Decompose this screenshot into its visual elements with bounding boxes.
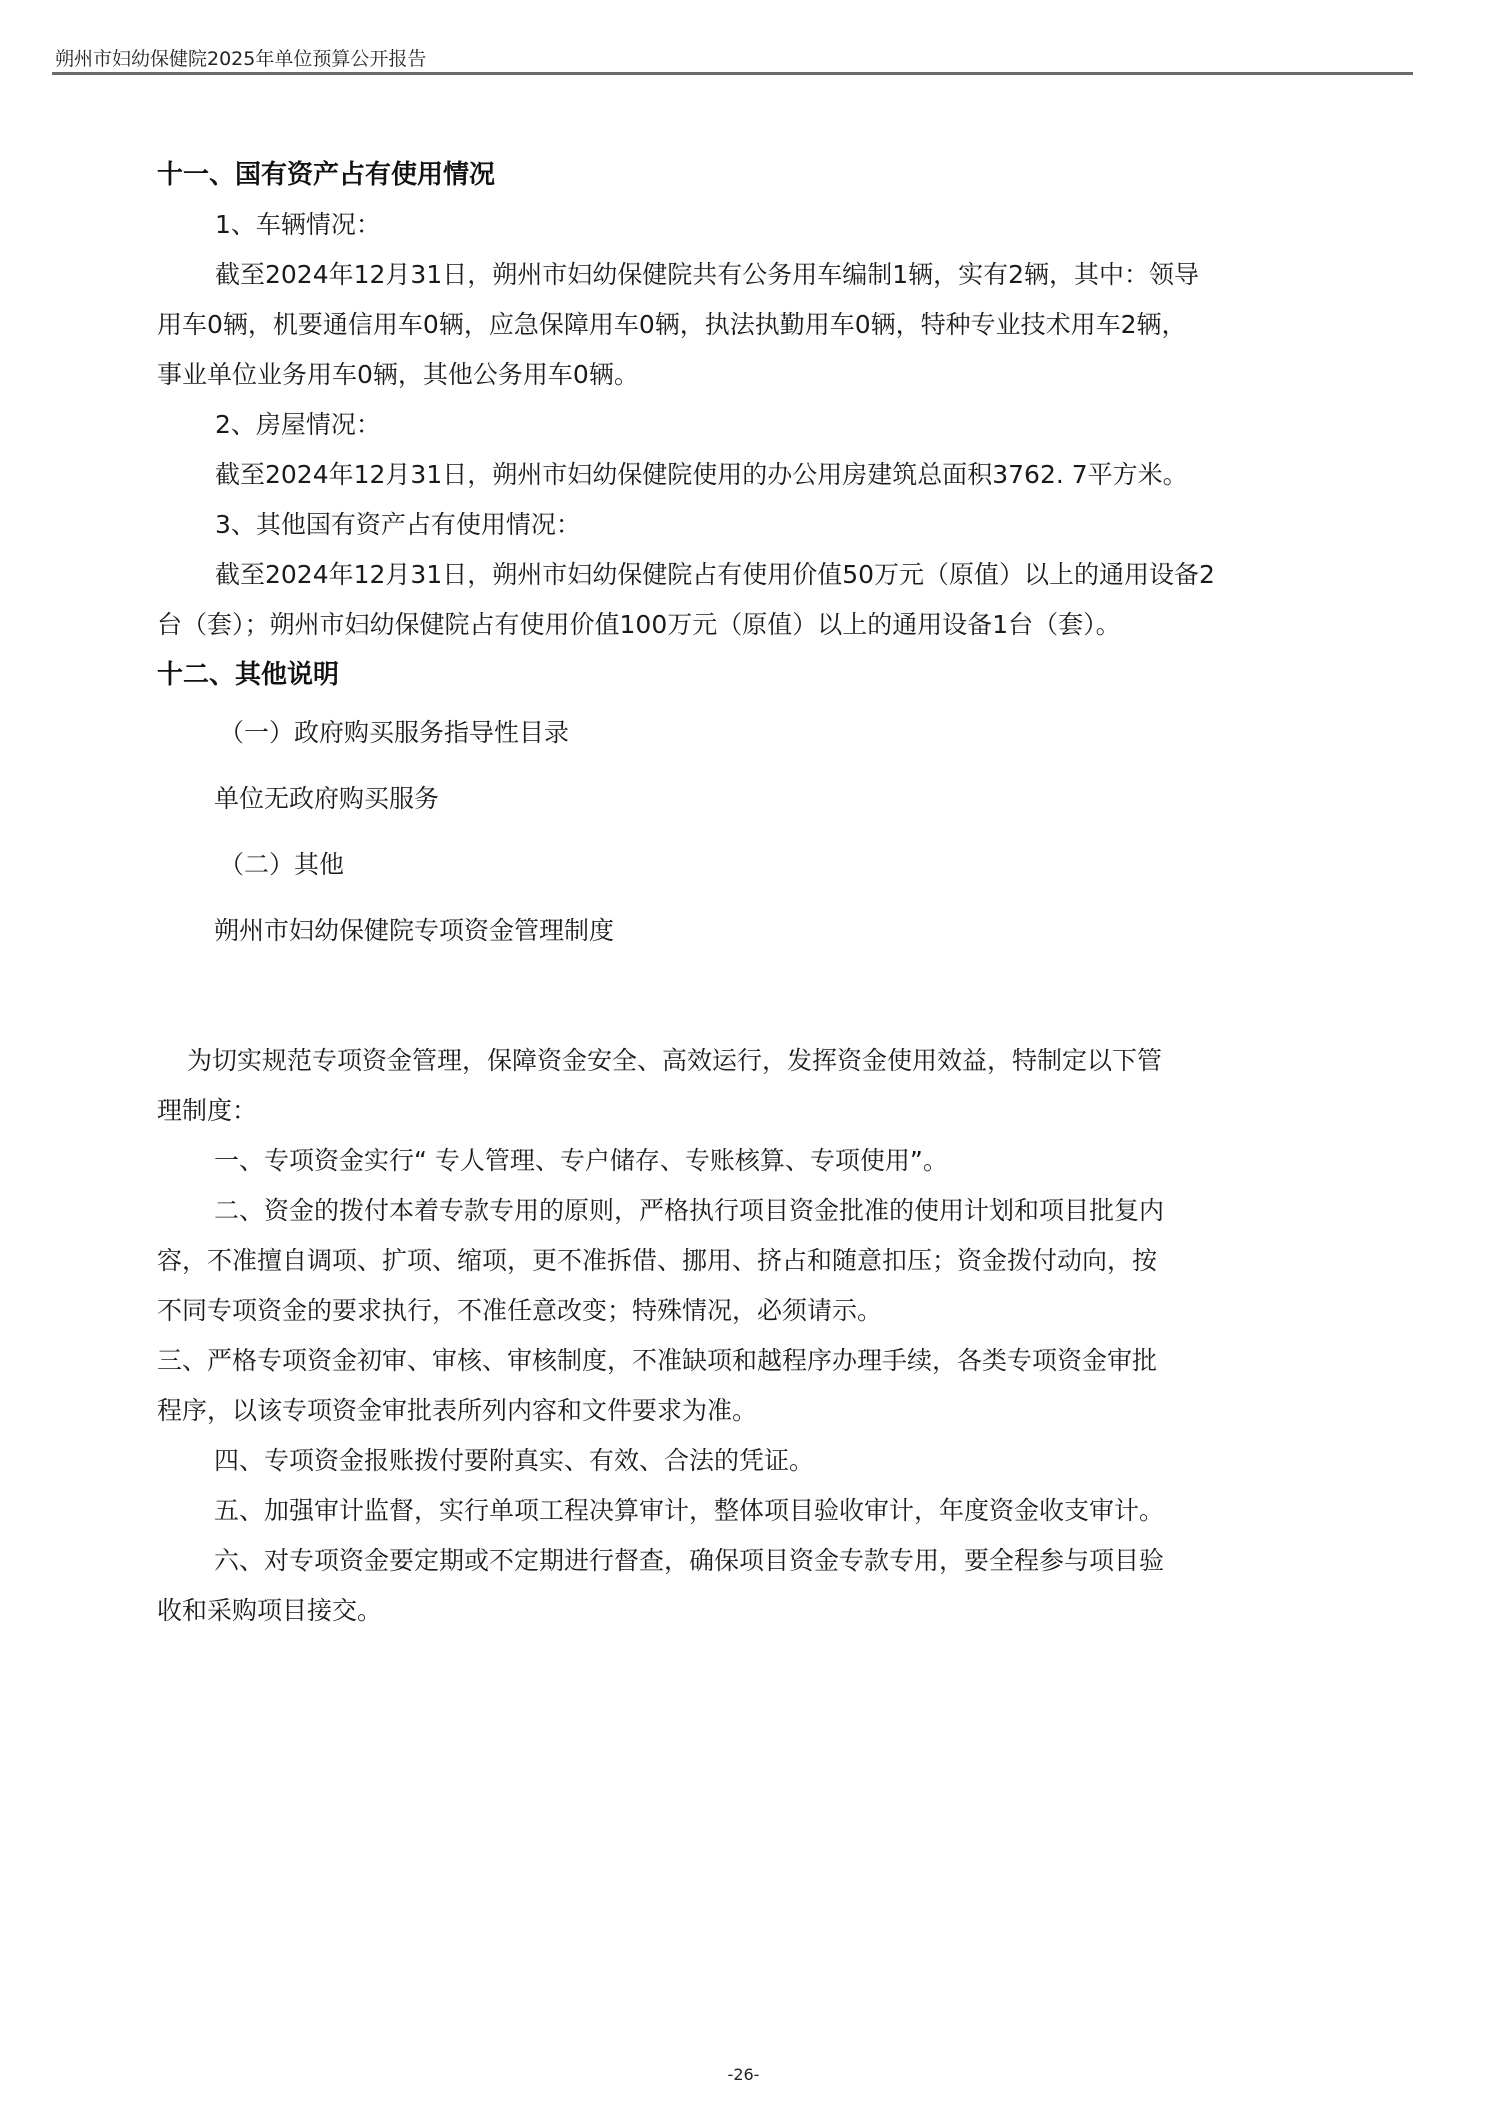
paragraph-line: 容，不准擅自调项、扩项、缩项，更不准拆借、挪用、挤占和随意扣压；资金拨付动向，按 [157, 1236, 1347, 1286]
subheading-other-assets: 3、其他国有资产占有使用情况： [157, 500, 1347, 550]
subsection-label-gov-purchase: （一）政府购买服务指导性目录 [157, 700, 1347, 766]
subheading-housing: 2、房屋情况： [157, 400, 1347, 450]
paragraph-line: 台（套）；朔州市妇幼保健院占有使用价值100万元（原值）以上的通用设备1台（套）… [157, 600, 1347, 650]
spacer [157, 964, 1347, 1036]
paragraph-line: 用车0辆，机要通信用车0辆，应急保障用车0辆，执法执勤用车0辆，特种专业技术用车… [157, 300, 1347, 350]
paragraph-line: 理制度： [157, 1086, 1347, 1136]
regulation-item-1: 一、专项资金实行“ 专人管理、专户储存、专账核算、专项使用”。 [157, 1136, 1347, 1186]
paragraph-line: 单位无政府购买服务 [157, 766, 1347, 832]
regulation-item-5: 五、加强审计监督，实行单项工程决算审计，整体项目验收审计，年度资金收支审计。 [157, 1486, 1347, 1536]
regulation-item-6: 六、对专项资金要定期或不定期进行督查，确保项目资金专款专用，要全程参与项目验 [157, 1536, 1347, 1586]
page-number: -26- [0, 2065, 1487, 2084]
subheading-vehicles: 1、车辆情况： [157, 200, 1347, 250]
subsection-label-other: （二）其他 [157, 832, 1347, 898]
document-body: 十一、国有资产占有使用情况 1、车辆情况： 截至2024年12月31日，朔州市妇… [157, 150, 1347, 1636]
paragraph-line: 不同专项资金的要求执行，不准任意改变；特殊情况，必须请示。 [157, 1286, 1347, 1336]
paragraph-line: 程序，以该专项资金审批表所列内容和文件要求为准。 [157, 1386, 1347, 1436]
paragraph-line: 收和采购项目接交。 [157, 1586, 1347, 1636]
page-header: 朔州市妇幼保健院2025年单位预算公开报告 [52, 38, 1413, 76]
header-divider [52, 72, 1413, 75]
paragraph-line: 事业单位业务用车0辆，其他公务用车0辆。 [157, 350, 1347, 400]
regulation-title: 朔州市妇幼保健院专项资金管理制度 [157, 898, 1347, 964]
paragraph-line: 为切实规范专项资金管理，保障资金安全、高效运行，发挥资金使用效益，特制定以下管 [157, 1036, 1347, 1086]
regulation-item-3: 三、严格专项资金初审、审核、审核制度，不准缺项和越程序办理手续，各类专项资金审批 [157, 1336, 1347, 1386]
section-heading-assets: 十一、国有资产占有使用情况 [157, 150, 1347, 200]
paragraph-line: 截至2024年12月31日，朔州市妇幼保健院共有公务用车编制1辆，实有2辆，其中… [157, 250, 1347, 300]
regulation-item-2: 二、资金的拨付本着专款专用的原则，严格执行项目资金批准的使用计划和项目批复内 [157, 1186, 1347, 1236]
section-heading-other: 十二、其他说明 [157, 650, 1347, 700]
paragraph-line: 截至2024年12月31日，朔州市妇幼保健院使用的办公用房建筑总面积3762. … [157, 450, 1347, 500]
regulation-item-4: 四、专项资金报账拨付要附真实、有效、合法的凭证。 [157, 1436, 1347, 1486]
document-title: 朔州市妇幼保健院2025年单位预算公开报告 [55, 44, 426, 71]
paragraph-line: 截至2024年12月31日，朔州市妇幼保健院占有使用价值50万元（原值）以上的通… [157, 550, 1347, 600]
